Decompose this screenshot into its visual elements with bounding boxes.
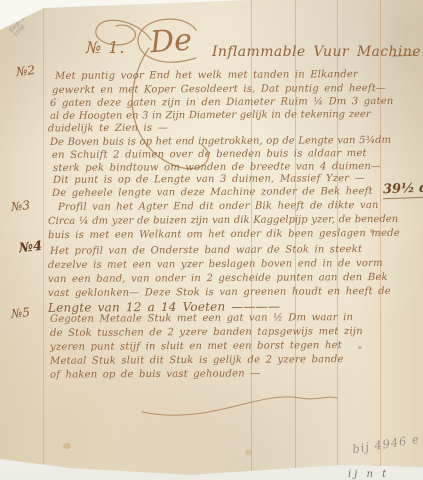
manuscript-line: van een band, van onder in 2 gescheide p… xyxy=(48,272,388,285)
manuscript-line: gewerkt en met Koper Gesoldeert is, Dat … xyxy=(52,83,386,96)
margin-ruled-line xyxy=(43,0,44,480)
pencil-note-line: w fol den xyxy=(0,0,26,21)
manuscript-line: sterk pek bindtouw om wonden de breedte … xyxy=(53,161,381,174)
manuscript-line: de Stok tusschen de 2 yzere banden tapsg… xyxy=(50,326,363,339)
manuscript-line: Dit punt is op de Lengte van 3 duimen, M… xyxy=(53,173,365,186)
paper-stain xyxy=(63,443,71,449)
manuscript-line: al de Hoogten en 3 in Zijn Diameter geli… xyxy=(50,109,371,122)
paper-sheet: № 1. De Inflammable Vuur Machine — №2 №3… xyxy=(0,0,423,480)
measurement-value: 39½ duim xyxy=(383,180,423,200)
manuscript-line: duidelijk te Zien is — xyxy=(48,123,168,135)
manuscript-line: De geheele lengte van deze Machine zonde… xyxy=(52,186,373,199)
manuscript-line: Gegoten Metaale Stuk met een gat van ½ D… xyxy=(50,312,353,325)
scanned-manuscript-page: № 1. De Inflammable Vuur Machine — №2 №3… xyxy=(0,0,423,480)
section-marker: №4 xyxy=(18,239,43,256)
page-title: Inflammable Vuur Machine — xyxy=(212,44,423,60)
manuscript-line: buis is met een Welkant om het onder dik… xyxy=(48,228,400,241)
paper-stain xyxy=(245,450,252,455)
manuscript-line: Het profil van de Onderste band waar de … xyxy=(50,244,362,257)
adjacent-page-fragment: ij n t xyxy=(348,469,389,480)
column-ruled-line xyxy=(380,0,381,480)
section-marker: №2 xyxy=(15,63,35,79)
manuscript-line: yzeren punt stijf in sluit en met een bo… xyxy=(50,340,342,353)
title-initial: De xyxy=(149,23,193,61)
manuscript-line: vast geklonken— Deze Stok is van greenen… xyxy=(48,286,391,299)
manuscript-line: De Boven buis is op het end ingetrokken,… xyxy=(50,135,391,148)
manuscript-line: 6 gaten deze gaten zijn in den Diameter … xyxy=(50,96,394,109)
manuscript-line: Met puntig voor End het welk met tanden … xyxy=(55,69,358,82)
pencil-note-top-left: w fol den naar het den het lift den Emp.… xyxy=(0,0,45,39)
section-marker: №5 xyxy=(10,305,30,321)
title-number: № 1. xyxy=(86,38,126,57)
manuscript-line: of haken op de buis vast gehouden — xyxy=(50,368,261,380)
pencil-inventory-number: bij 4946 e xyxy=(351,432,420,456)
section-marker: №3 xyxy=(10,198,30,214)
paper-stain xyxy=(358,346,362,349)
manuscript-line: dezelve is met een van yzer beslagen bov… xyxy=(48,258,383,271)
manuscript-line: Metaal Stuk sluit dit Stuk is gelijk de … xyxy=(50,354,344,367)
manuscript-line: en Schuift 2 duimen over de beneden buis… xyxy=(52,148,367,161)
manuscript-line: Profil van het Agter End dit onder Bik h… xyxy=(58,200,379,213)
manuscript-line: Circa ¼ dm yzer de buizen zijn van dik K… xyxy=(48,214,398,227)
